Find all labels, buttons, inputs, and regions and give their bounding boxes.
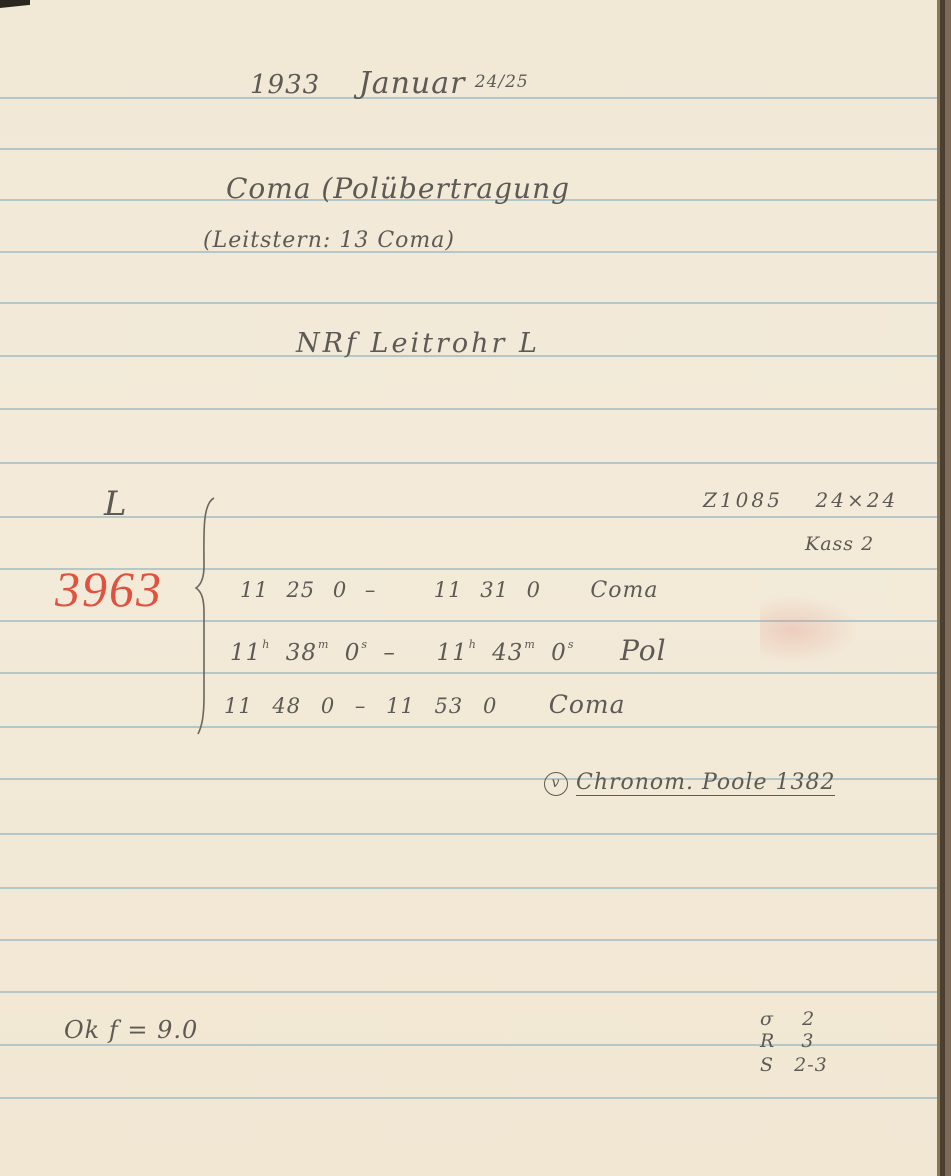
ruled-line <box>0 887 937 889</box>
title-line-1: Coma (Polübertragung <box>226 172 570 205</box>
exposure-end-hour: 11 <box>436 640 467 666</box>
condition-value: 2-3 <box>794 1054 828 1076</box>
exposure-row: 11 48 0 – 11 53 0 Coma <box>224 690 625 719</box>
exposure-start-hour: 11 <box>230 640 261 666</box>
plate-series-letter: L <box>104 484 128 524</box>
plate-type-size: Z1085 24×24 <box>703 488 898 512</box>
exposure-target: Pol <box>620 634 667 667</box>
header-days: 24/25 <box>475 72 529 92</box>
condition-symbol: S <box>760 1054 774 1076</box>
ruled-line <box>0 516 937 518</box>
exposure-row: 11 25 0 – 11 31 0 Coma <box>240 578 658 603</box>
seeing-conditions: σ 2 R 3 S 2-3 <box>760 1004 828 1080</box>
header-date: 1933 Januar 24/25 <box>250 66 529 101</box>
page-corner-shadow <box>0 0 30 8</box>
chronometer-mark: v <box>552 775 561 791</box>
exposure-start-hour: 11 <box>224 694 253 718</box>
exposure-start-hour: 11 <box>240 578 269 602</box>
grouping-brace <box>194 496 218 736</box>
chronometer-circle-mark: v <box>544 772 568 796</box>
exposure-separator: – <box>383 640 396 666</box>
exposure-end-hour: 11 <box>386 694 415 718</box>
red-smudge <box>760 590 870 670</box>
exposure-start-minute: 38 <box>286 640 317 666</box>
condition-row: S 2-3 <box>760 1050 828 1080</box>
ruled-line <box>0 1097 937 1099</box>
ruled-line <box>0 833 937 835</box>
exposure-start-second: 0 <box>333 578 347 602</box>
ruled-line <box>0 148 937 150</box>
book-spine-cover <box>945 0 951 1176</box>
exposure-end-second: 0 <box>527 578 541 602</box>
ruled-line <box>0 251 937 253</box>
exposure-start-minute: 48 <box>272 694 301 718</box>
header-year: 1933 <box>250 70 320 100</box>
exposure-separator: – <box>355 694 367 718</box>
chronometer-label: Chronom. Poole 1382 <box>576 770 835 796</box>
exposure-separator: – <box>365 578 377 602</box>
plate-size: 24×24 <box>816 488 899 512</box>
exposure-end-second: 0 <box>483 694 497 718</box>
ruled-line <box>0 462 937 464</box>
ocular-focal-length: Ok f = 9.0 <box>64 1016 198 1044</box>
exposure-end-hour: 11 <box>434 578 463 602</box>
exposure-end-minute: 31 <box>480 578 509 602</box>
notebook-page: 1933 Januar 24/25 Coma (Polübertragung (… <box>0 0 937 1176</box>
title-line-2: (Leitstern: 13 Coma) <box>203 228 455 253</box>
exposure-start-second: 0 <box>321 694 335 718</box>
exposure-start-second: 0 <box>345 640 361 666</box>
condition-symbol: R <box>760 1030 775 1052</box>
plate-type: Z1085 <box>703 488 783 512</box>
instrument-label: NRf Leitrohr L <box>296 328 540 359</box>
exposure-end-second: 0 <box>551 640 567 666</box>
header-month: Januar <box>359 66 466 101</box>
exposure-target: Coma <box>590 578 658 603</box>
exposure-row: 11h 38m 0s – 11h 43m 0s Pol <box>230 634 667 667</box>
condition-value: 3 <box>801 1030 814 1052</box>
plate-number: 3963 <box>55 560 163 618</box>
ruled-line <box>0 408 937 410</box>
ruled-line <box>0 672 937 674</box>
exposure-start-minute: 25 <box>286 578 315 602</box>
ruled-line <box>0 726 937 728</box>
chronometer-note: v Chronom. Poole 1382 <box>544 770 835 796</box>
exposure-end-minute: 53 <box>435 694 464 718</box>
exposure-end-minute: 43 <box>492 640 523 666</box>
ruled-line <box>0 939 937 941</box>
plate-cassette: Kass 2 <box>805 533 874 555</box>
ruled-line <box>0 302 937 304</box>
ruled-line <box>0 991 937 993</box>
exposure-target: Coma <box>549 690 626 719</box>
